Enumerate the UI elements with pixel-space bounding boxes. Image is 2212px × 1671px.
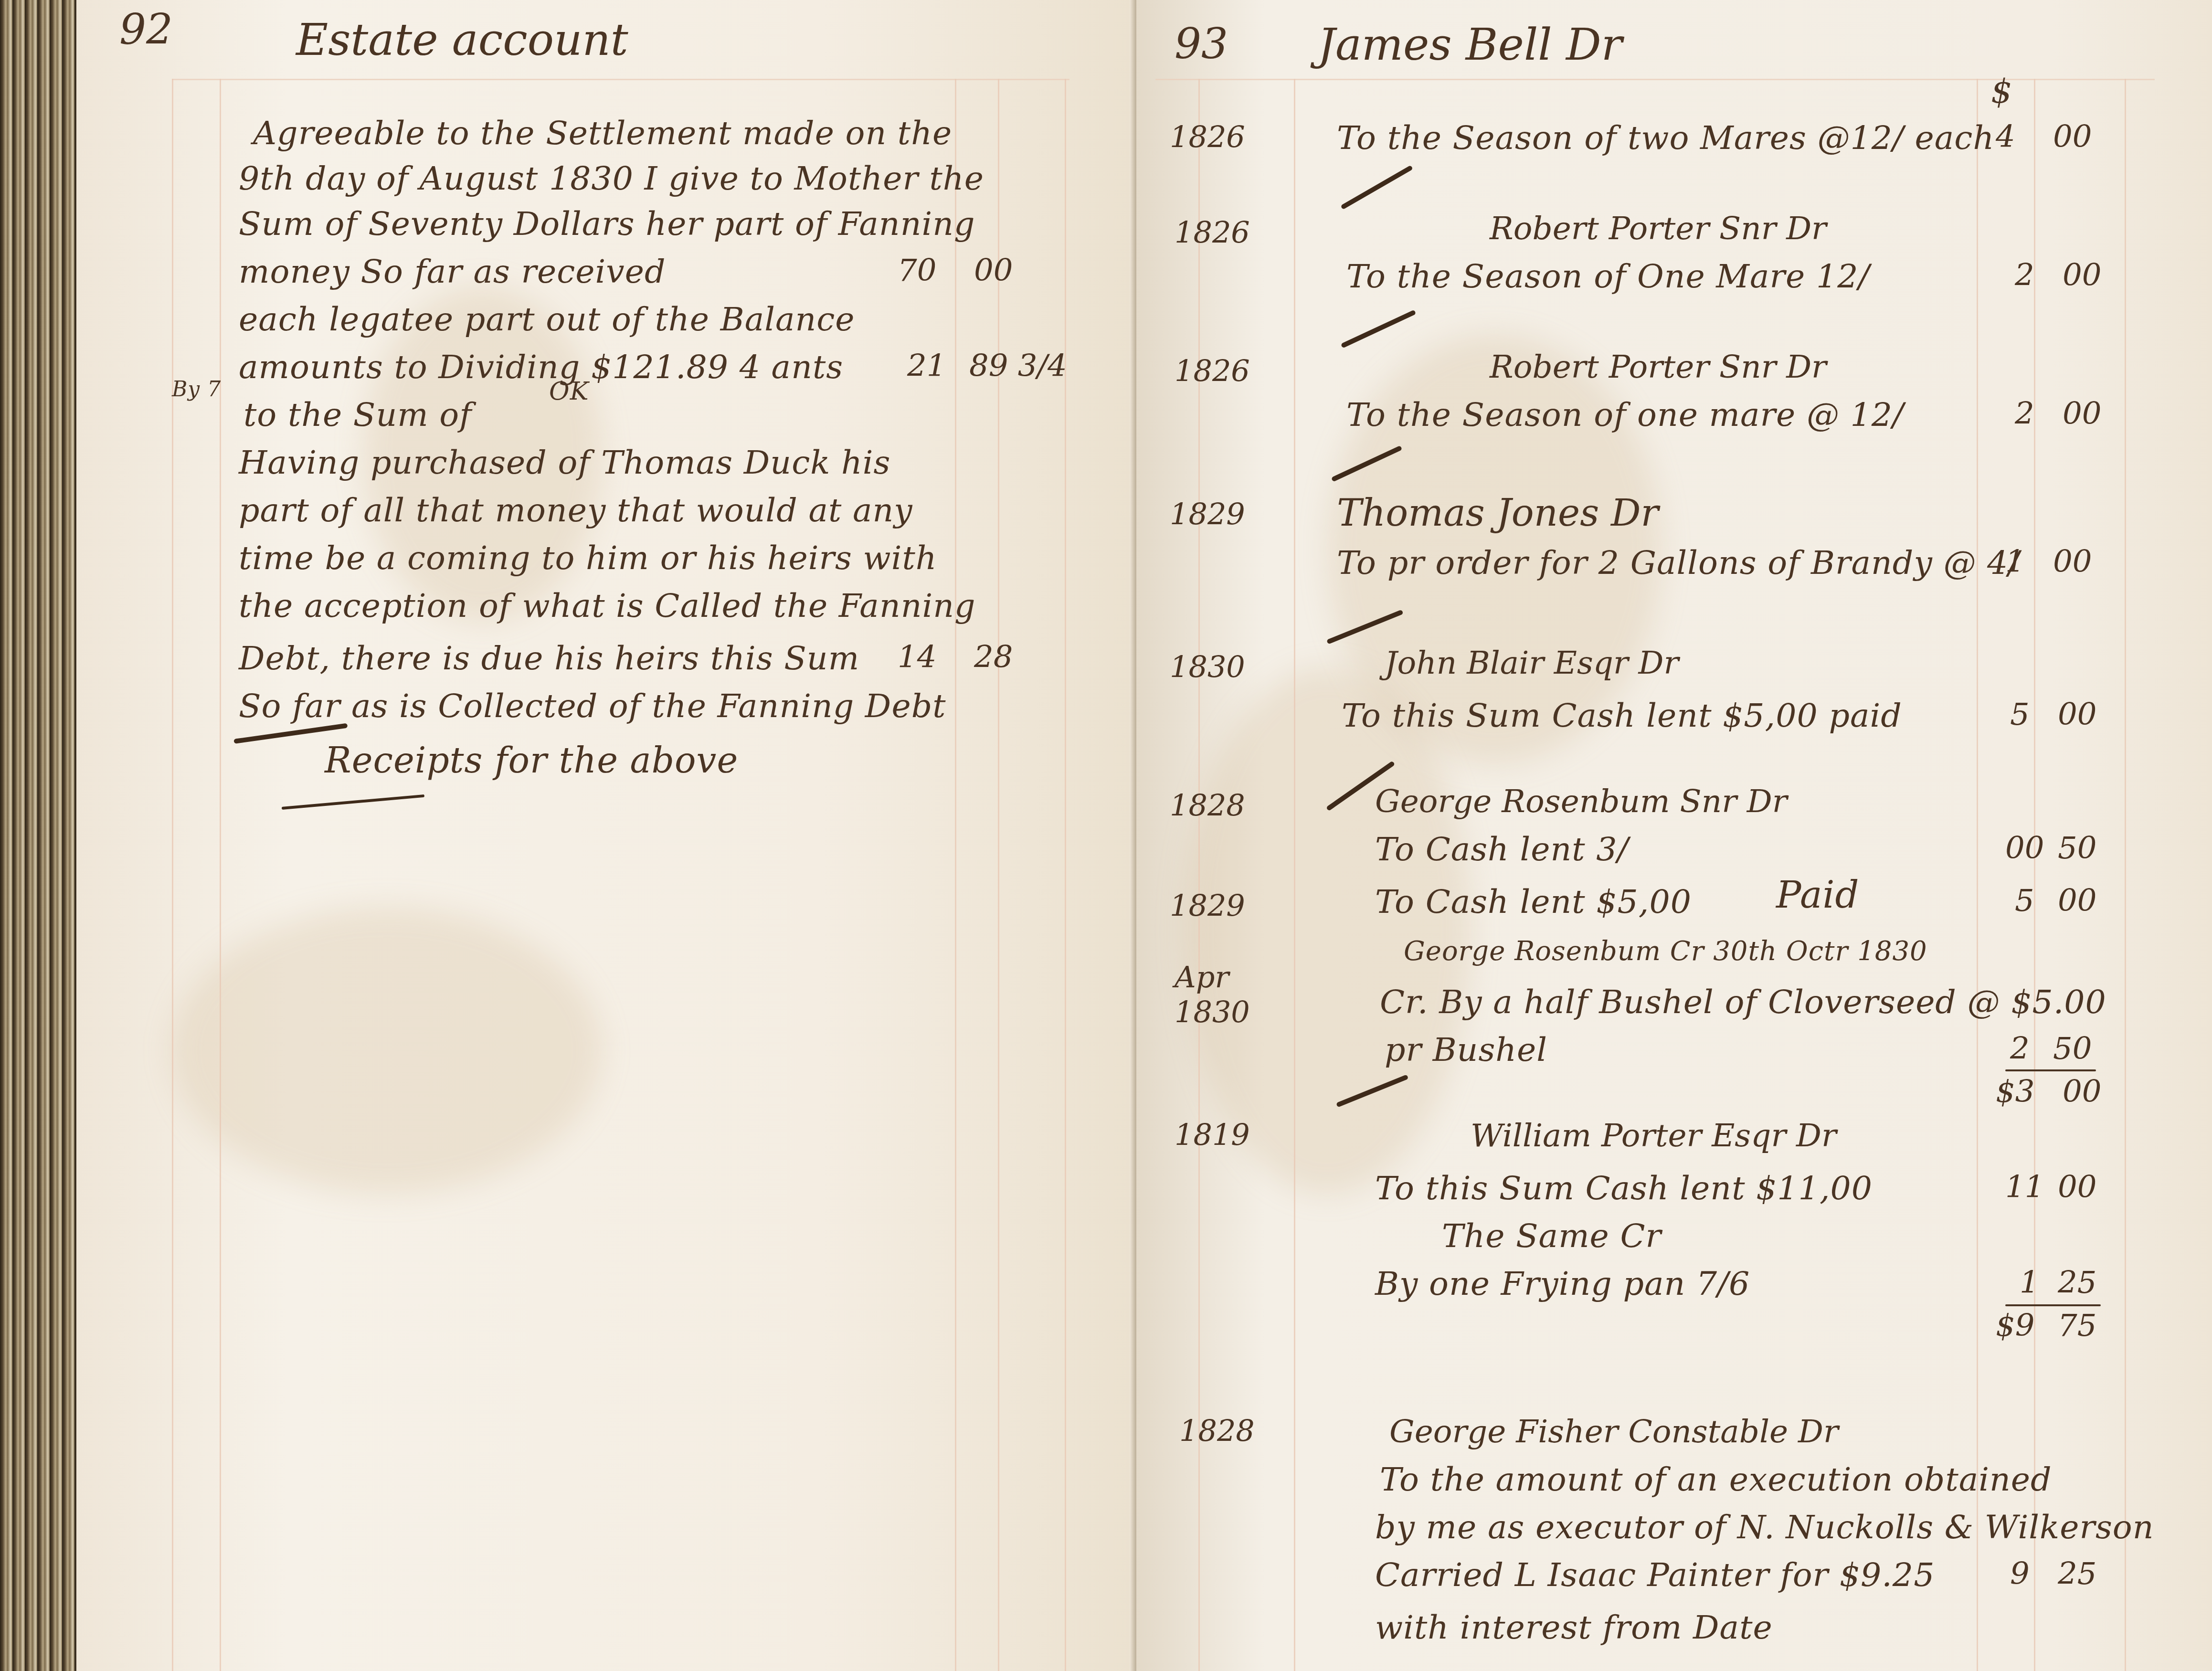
amount-cents: 89 3/4 bbox=[969, 349, 1067, 384]
amount-dollars: 2 bbox=[2015, 258, 2034, 293]
entry-year: 1829 bbox=[1170, 888, 1245, 923]
margin-rule bbox=[1294, 79, 1295, 1671]
total-rule bbox=[2005, 1069, 2096, 1071]
amount-cents: 50 bbox=[2053, 1031, 2092, 1067]
credit-header: George Rosenbum Cr 30th Octr 1830 bbox=[1404, 936, 1927, 967]
book-page-edges bbox=[0, 0, 76, 1671]
margin-rule bbox=[220, 79, 221, 1671]
amount-dollars: 2 bbox=[2015, 396, 2034, 432]
text-line: Debt, there is due his heirs this Sum bbox=[239, 640, 859, 677]
entry-line: To this Sum Cash lent $11,00 bbox=[1375, 1170, 1873, 1207]
amount-dollars: 11 bbox=[2005, 1170, 2044, 1205]
amount-cents: 28 bbox=[974, 640, 1013, 675]
text-line: amounts to Dividing $121.89 4 ants bbox=[239, 349, 843, 386]
entry-year: 1826 bbox=[1170, 119, 1245, 154]
account-name: George Fisher Constable Dr bbox=[1389, 1413, 1839, 1450]
entry-line: To Cash lent 3/ bbox=[1375, 831, 1629, 868]
entry-year: 1819 bbox=[1175, 1117, 1250, 1152]
paper-stain bbox=[172, 907, 602, 1194]
entry-year: 1828 bbox=[1179, 1413, 1255, 1448]
dollar-sign-header: $ bbox=[1991, 72, 2012, 111]
entry-line: To the Season of One Mare 12/ bbox=[1346, 258, 1870, 296]
text-line: So far as is Collected of the Fanning De… bbox=[239, 687, 946, 725]
amount-cents: 00 bbox=[974, 253, 1013, 288]
amount-dollars: 5 bbox=[2015, 883, 2034, 919]
amount-dollars: 9 bbox=[2010, 1556, 2030, 1592]
margin-rule bbox=[172, 79, 173, 1671]
account-name: Robert Porter Snr Dr bbox=[1490, 349, 1827, 385]
amount-dollars: 70 bbox=[898, 253, 936, 288]
dollars-column-rule bbox=[955, 79, 956, 1671]
entry-line: pr Bushel bbox=[1385, 1031, 1547, 1069]
text-line: the acception of what is Called the Fann… bbox=[239, 587, 976, 625]
entry-line: Cr. By a half Bushel of Cloverseed @ $5.… bbox=[1380, 984, 2106, 1021]
dollars-column-rule bbox=[1977, 79, 1978, 1671]
entry-line: by me as executor of N. Nuckolls & Wilke… bbox=[1375, 1509, 2154, 1546]
right-page: 93 James Bell Dr $ 1826 To the Season of… bbox=[1136, 0, 2212, 1671]
account-name: John Blair Esqr Dr bbox=[1385, 645, 1679, 681]
amount-dollars: 00 bbox=[2005, 831, 2044, 866]
right-margin-rule bbox=[2125, 79, 2126, 1671]
amount-dollars: 21 bbox=[907, 349, 946, 384]
balance-dollars: $9 bbox=[1996, 1308, 2034, 1343]
entry-year: 1828 bbox=[1170, 788, 1245, 823]
entry-line: with interest from Date bbox=[1375, 1609, 1773, 1647]
entry-line: By one Frying pan 7/6 bbox=[1375, 1265, 1750, 1303]
header-rule bbox=[172, 79, 1069, 80]
amount-cents: 50 bbox=[2058, 831, 2096, 866]
inline-note: OK bbox=[549, 377, 589, 406]
account-name: Thomas Jones Dr bbox=[1337, 492, 1659, 535]
account-name: George Rosenbum Snr Dr bbox=[1375, 783, 1787, 820]
amount-cents: 00 bbox=[2053, 544, 2092, 580]
amount-cents: 00 bbox=[2063, 258, 2101, 293]
entry-line: To Cash lent $5,00 bbox=[1375, 883, 1692, 921]
total-rule bbox=[2005, 1304, 2101, 1306]
text-line: Receipts for the above bbox=[325, 740, 738, 781]
text-line: money So far as received bbox=[239, 253, 666, 291]
text-line: Having purchased of Thomas Duck his bbox=[239, 444, 890, 482]
amount-dollars: 1 bbox=[2020, 1265, 2039, 1301]
account-name: Robert Porter Snr Dr bbox=[1490, 210, 1827, 247]
amount-cents: 00 bbox=[2063, 396, 2101, 432]
text-line: part of all that money that would at any bbox=[239, 492, 913, 529]
amount-dollars: 4 bbox=[1996, 119, 2015, 155]
amount-dollars: 1 bbox=[2005, 544, 2025, 580]
ink-flourish bbox=[282, 794, 424, 810]
amount-dollars: 14 bbox=[898, 640, 936, 675]
entry-line: To the Season of one mare @ 12/ bbox=[1346, 396, 1904, 434]
entry-line: To pr order for 2 Gallons of Brandy @ 4/ bbox=[1337, 544, 2020, 582]
entry-separator-mark bbox=[1341, 165, 1413, 210]
cents-column-rule bbox=[2034, 79, 2035, 1671]
margin-note: By 7 bbox=[172, 377, 221, 402]
page-number: 92 bbox=[119, 5, 173, 54]
entry-line: To the amount of an execution obtained bbox=[1380, 1461, 2052, 1499]
amount-cents: 00 bbox=[2058, 883, 2096, 919]
amount-cents: 25 bbox=[2058, 1265, 2096, 1301]
page-title: Estate account bbox=[296, 14, 628, 65]
entry-year: 1826 bbox=[1175, 353, 1250, 388]
entry-year: 1826 bbox=[1175, 215, 1250, 250]
text-line: 9th day of August 1830 I give to Mother … bbox=[239, 160, 984, 198]
entry-line: To the Season of two Mares @12/ each bbox=[1337, 119, 1994, 157]
text-line: Sum of Seventy Dollars her part of Fanni… bbox=[239, 205, 975, 243]
entry-line: Carried L Isaac Painter for $9.25 bbox=[1375, 1556, 1935, 1594]
cents-column-rule bbox=[998, 79, 999, 1671]
text-line: each legatee part out of the Balance bbox=[239, 301, 855, 338]
page-title: James Bell Dr bbox=[1318, 19, 1622, 70]
page-number: 93 bbox=[1175, 19, 1228, 68]
text-line: to the Sum of bbox=[243, 396, 472, 434]
amount-dollars: 2 bbox=[2010, 1031, 2030, 1067]
balance-cents: 75 bbox=[2058, 1308, 2096, 1343]
amount-cents: 00 bbox=[2058, 1170, 2096, 1205]
amount-dollars: 5 bbox=[2010, 697, 2030, 732]
balance-cents: 00 bbox=[2063, 1074, 2101, 1110]
account-name: William Porter Esqr Dr bbox=[1471, 1117, 1836, 1154]
credit-header: The Same Cr bbox=[1442, 1217, 1662, 1255]
text-line: Agreeable to the Settlement made on the bbox=[253, 115, 952, 152]
amount-cents: 00 bbox=[2053, 119, 2092, 155]
amount-cents: 25 bbox=[2058, 1556, 2096, 1592]
balance-dollars: $3 bbox=[1996, 1074, 2034, 1110]
ledger-book-spread: 92 Estate account Agreeable to the Settl… bbox=[0, 0, 2212, 1671]
entry-year: 1830 bbox=[1170, 649, 1245, 684]
entry-line: To this Sum Cash lent $5,00 paid bbox=[1342, 697, 1902, 735]
entry-year: 1829 bbox=[1170, 497, 1245, 531]
left-page: 92 Estate account Agreeable to the Settl… bbox=[76, 0, 1136, 1671]
right-margin-rule bbox=[1065, 79, 1066, 1671]
entry-separator-mark bbox=[1341, 310, 1416, 349]
paid-note: Paid bbox=[1776, 874, 1859, 917]
paper-stain bbox=[1184, 668, 1471, 1194]
entry-year: Apr 1830 bbox=[1175, 960, 1227, 1029]
amount-cents: 00 bbox=[2058, 697, 2096, 732]
text-line: time be a coming to him or his heirs wit… bbox=[239, 539, 937, 577]
